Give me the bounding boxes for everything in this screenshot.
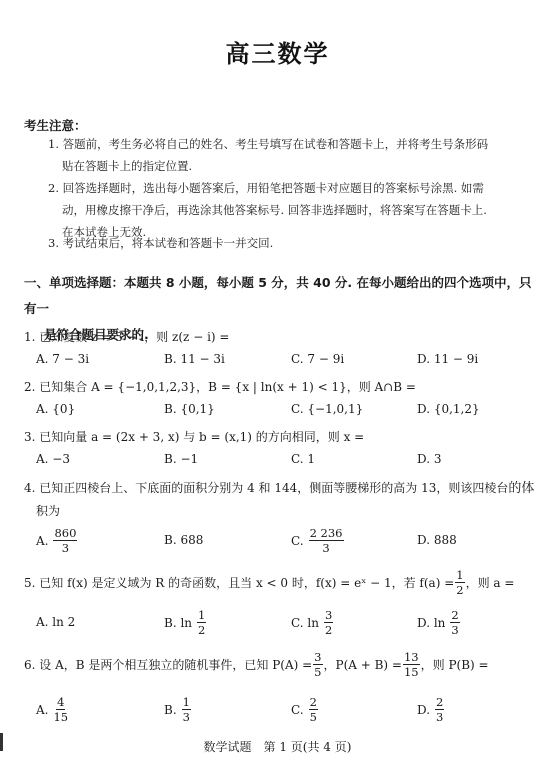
notice-line: 3. 考试结束后，将本试卷和答题卡一并交回. [48,232,538,254]
fraction: 13 [182,695,191,724]
denominator: 3 [322,541,329,555]
option-label: A. [36,703,48,717]
question-3-stem: 3. 已知向量 a = (2x + 3, x) 与 b = (x,1) 的方向相… [24,428,544,445]
denominator: 2 [456,583,463,597]
stem-text: 5. 已知 f(x) 是定义域为 R 的奇函数，且当 x < 0 时，f(x) … [24,574,454,591]
fraction: 415 [53,695,68,724]
denominator: 3 [62,541,69,555]
option-label: C. [291,534,304,548]
fraction: 12 [455,568,464,597]
option-d: D. 888 [417,533,457,547]
notice-line: 1. 答题前，考生务必将自己的姓名、考生号填写在试卷和答题卡上，并将考生号条形码 [48,133,538,155]
option-label: A. [36,534,48,548]
numerator: 2 [309,695,318,710]
option-b: B. {0,1} [164,402,215,416]
denominator: 3 [451,623,458,637]
option-b: B. 13 [164,695,192,724]
stem-text: ，P(A + B) = [324,656,402,673]
page-footer: 数学试题 第 1 页(共 4 页) [0,738,555,755]
section-heading-line: 一、单项选择题：本题共 8 小题，每小题 5 分，共 40 分. 在每小题给出的… [24,270,534,322]
fraction: 25 [309,695,318,724]
numerator: 3 [324,608,333,623]
option-c: C. ln 32 [291,608,334,637]
option-c: C. 7 − 9i [291,352,344,366]
option-d: D. ln 23 [417,608,461,637]
option-a: A. 8603 [36,526,78,555]
question-6-stem: 6. 设 A，B 是两个相互独立的随机事件，已知 P(A) = 35 ，P(A … [24,650,544,679]
denominator: 5 [310,710,317,724]
option-label: C. ln [291,616,319,630]
denominator: 2 [325,623,332,637]
question-4-stem-cont: 积为 [36,502,555,519]
numerator: 1 [182,695,191,710]
option-d: D. 3 [417,452,441,466]
fraction: 32 [324,608,333,637]
question-5-stem: 5. 已知 f(x) 是定义域为 R 的奇函数，且当 x < 0 时，f(x) … [24,568,544,597]
stem-text-alt-font: 的体 [508,481,534,496]
denominator: 15 [404,665,419,679]
option-a: A. 415 [36,695,69,724]
option-c: C. 2 2363 [291,526,345,555]
numerator: 13 [403,650,420,665]
fraction: 2 2363 [309,526,344,555]
notice-heading: 考生注意： [24,116,87,134]
denominator: 3 [436,710,443,724]
stem-text: ，则 P(B) = [421,656,489,673]
option-d: D. 11 − 9i [417,352,478,366]
numerator: 3 [313,650,322,665]
question-2-stem: 2. 已知集合 A = {−1,0,1,2,3}，B = {x | ln(x +… [24,378,544,395]
option-d: D. {0,1,2} [417,402,480,416]
option-b: B. 11 − 3i [164,352,225,366]
fraction: 23 [450,608,459,637]
option-a: A. −3 [36,452,70,466]
option-label: D. [417,703,430,717]
option-a: A. {0} [36,402,75,416]
option-b: B. 688 [164,533,203,547]
option-d: D. 23 [417,695,445,724]
option-c: C. 1 [291,452,315,466]
denominator: 3 [183,710,190,724]
option-a: A. ln 2 [36,615,75,629]
notice-item-3: 3. 考试结束后，将本试卷和答题卡一并交回. [48,232,538,254]
fraction: 1315 [403,650,420,679]
stem-text: 4. 已知正四棱台上、下底面的面积分别为 4 和 144，侧面等腰梯形的高为 1… [24,481,508,495]
numerator: 2 [450,608,459,623]
option-b: B. −1 [164,452,198,466]
notice-line: 2. 回答选择题时，选出每小题答案后，用铅笔把答题卡对应题目的答案标号涂黑. 如… [48,177,538,199]
numerator: 2 236 [309,526,344,541]
numerator: 1 [455,568,464,583]
option-label: D. ln [417,616,445,630]
denominator: 5 [314,665,321,679]
option-c: C. {−1,0,1} [291,402,363,416]
option-label: C. [291,703,304,717]
option-b: B. ln 12 [164,608,207,637]
fraction: 12 [197,608,206,637]
notice-line: 贴在答题卡上的指定位置. [48,155,538,177]
option-label: B. [164,703,177,717]
denominator: 2 [198,623,205,637]
stem-text: ，则 a = [466,574,515,591]
fraction: 8603 [53,526,77,555]
denominator: 15 [53,710,68,724]
numerator: 860 [53,526,77,541]
stem-text: 6. 设 A，B 是两个相互独立的随机事件，已知 P(A) = [24,656,312,673]
option-a: A. 7 − 3i [36,352,89,366]
option-c: C. 25 [291,695,319,724]
fraction: 35 [313,650,322,679]
numerator: 2 [435,695,444,710]
question-4-stem: 4. 已知正四棱台上、下底面的面积分别为 4 和 144，侧面等腰梯形的高为 1… [24,477,544,496]
numerator: 1 [197,608,206,623]
numerator: 4 [56,695,65,710]
notice-item-1: 1. 答题前，考生务必将自己的姓名、考生号填写在试卷和答题卡上，并将考生号条形码… [48,133,538,177]
notice-line: 动，用橡皮擦干净后，再选涂其他答案标号. 回答非选择题时，将答案写在答题卡上. [48,199,538,221]
fraction: 23 [435,695,444,724]
question-1-stem: 1. 已知复数 z = 3 − i，则 z(z − i) = [24,328,544,345]
page-title: 高三数学 [0,34,555,69]
option-label: B. ln [164,616,192,630]
